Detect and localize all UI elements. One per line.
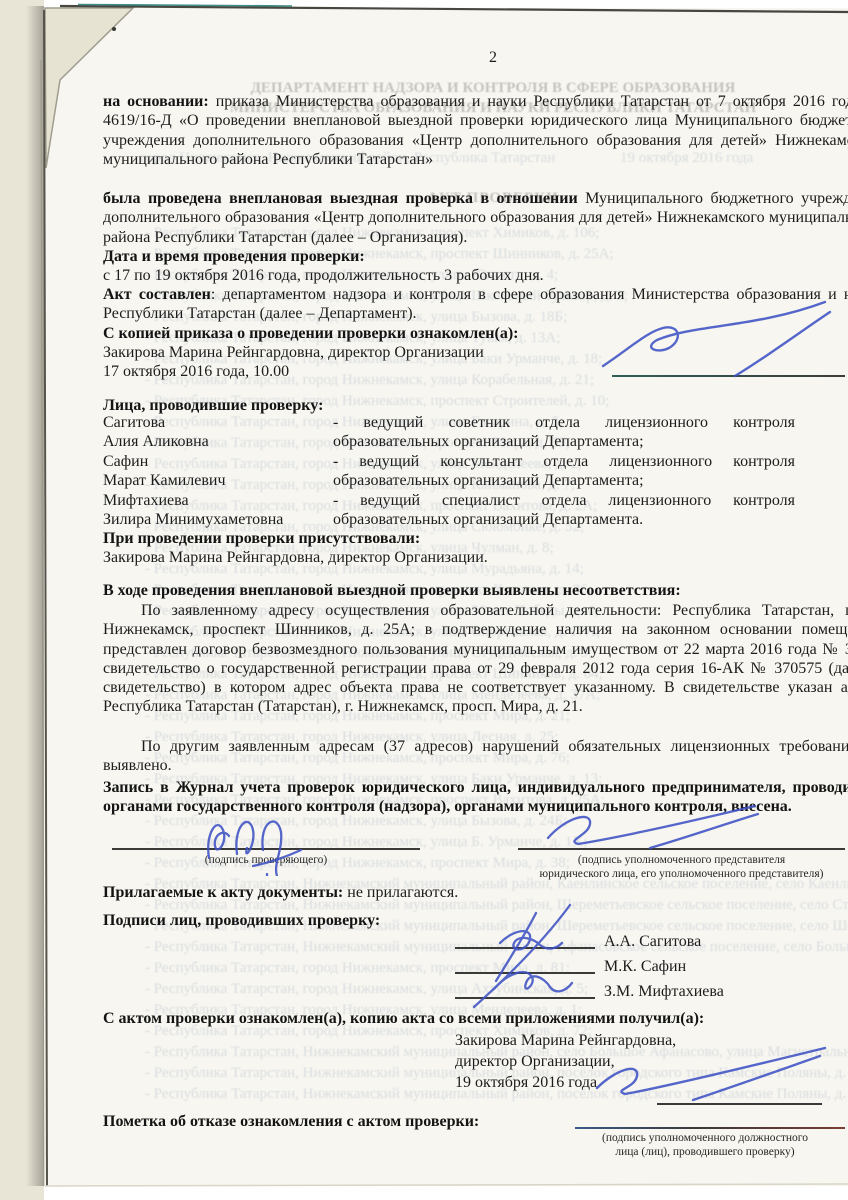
signature-copy-acknowledged	[585, 288, 848, 380]
scanned-document-page: ДЕПАРТАМЕНТ НАДЗОРА И КОНТРОЛЯ В СФЕРЕ О…	[0, 0, 848, 1200]
ink-signatures	[0, 0, 848, 1200]
signature-inspectors-group	[452, 903, 637, 1011]
signature-acknowledgement	[575, 1038, 847, 1108]
signature-journal-inspector	[193, 806, 308, 876]
signature-journal-representative	[520, 796, 770, 854]
